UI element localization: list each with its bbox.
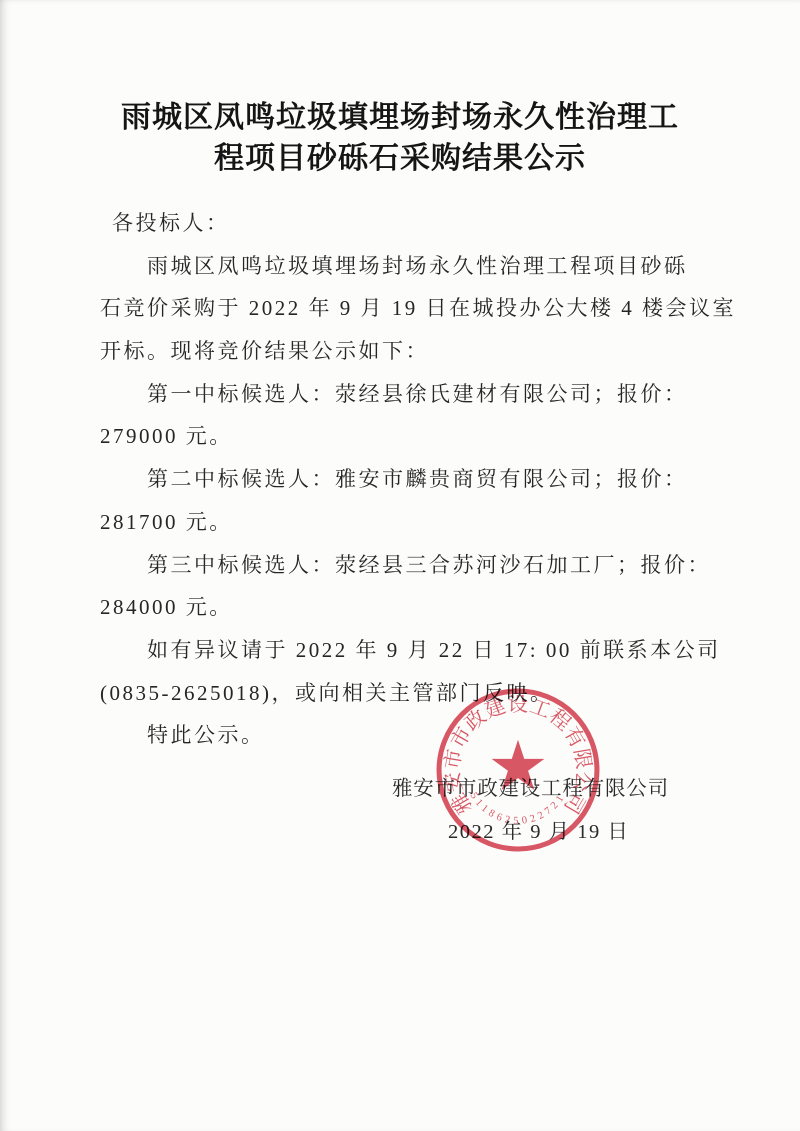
salutation-line: 各投标人： <box>100 202 704 245</box>
closing-line: 特此公示。 <box>100 714 704 757</box>
intro-line-1: 雨城区凤鸣垃圾填埋场封场永久性治理工程项目砂砾 <box>100 245 704 288</box>
intro-line-2: 石竞价采购于 2022 年 9 月 19 日在城投办公大楼 4 楼会议室 <box>100 287 704 330</box>
scanned-document-page: 雨城区凤鸣垃圾填埋场封场永久性治理工 程项目砂砾石采购结果公示 各投标人： 雨城… <box>0 0 800 1131</box>
document-title-line-1: 雨城区凤鸣垃圾填埋场封场永久性治理工 <box>58 97 742 138</box>
signature-company: 雅安市市政建设工程有限公司 <box>392 774 669 804</box>
candidate-3-line-2: 284000 元。 <box>100 586 704 629</box>
objection-line-1: 如有异议请于 2022 年 9 月 22 日 17: 00 前联系本公司 <box>100 629 704 672</box>
candidate-1-line-2: 279000 元。 <box>100 415 704 458</box>
candidate-1-line-1: 第一中标候选人：荥经县徐氏建材有限公司；报价： <box>100 373 704 416</box>
document-title: 雨城区凤鸣垃圾填埋场封场永久性治理工 程项目砂砾石采购结果公示 <box>58 97 742 179</box>
document-body: 各投标人： 雨城区凤鸣垃圾填埋场封场永久性治理工程项目砂砾 石竞价采购于 202… <box>100 202 704 757</box>
intro-line-3: 开标。现将竞价结果公示如下： <box>100 330 704 373</box>
document-title-line-2: 程项目砂砾石采购结果公示 <box>58 138 742 179</box>
candidate-2-line-1: 第二中标候选人：雅安市麟贵商贸有限公司；报价： <box>100 458 704 501</box>
objection-line-2: (0835-2625018)，或向相关主管部门反映。 <box>100 672 704 715</box>
candidate-3-line-1: 第三中标候选人：荥经县三合苏河沙石加工厂；报价： <box>100 544 704 587</box>
signature-date: 2022 年 9 月 19 日 <box>448 817 629 847</box>
candidate-2-line-2: 281700 元。 <box>100 501 704 544</box>
